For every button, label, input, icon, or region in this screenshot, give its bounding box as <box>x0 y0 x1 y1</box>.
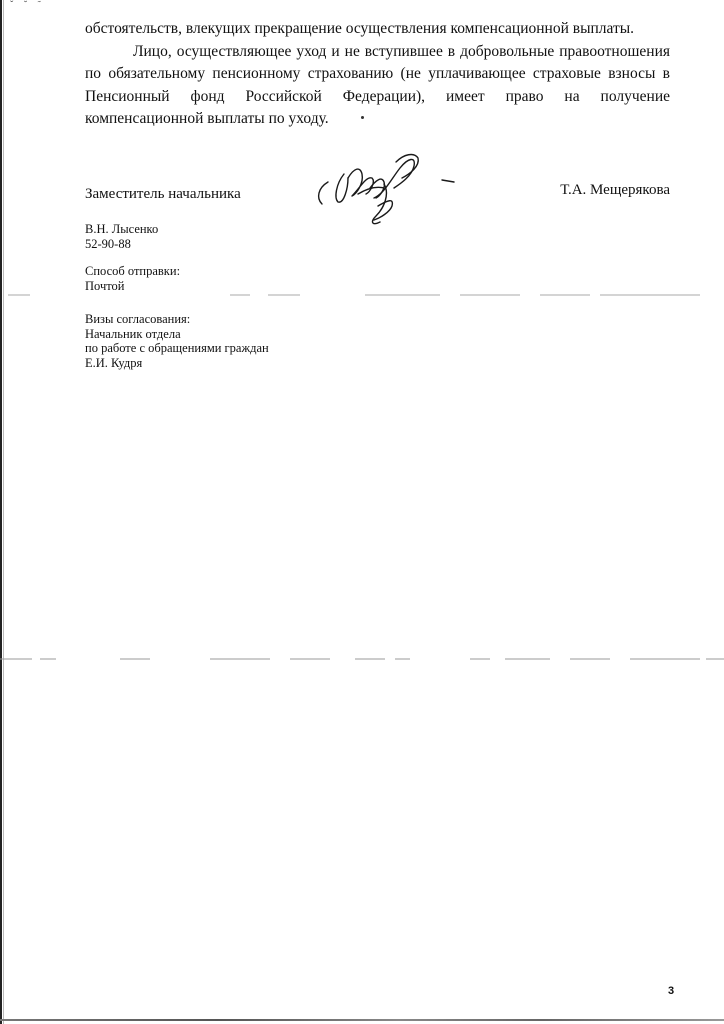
approvals-block: Визы согласования: Начальник отдела по р… <box>85 312 269 370</box>
signatory-position: Заместитель начальника <box>85 186 241 203</box>
scan-bottom-edge <box>0 1019 724 1021</box>
approval-line: Е.И. Кудря <box>85 356 269 371</box>
scan-left-edge <box>0 0 2 1024</box>
scan-corner-marks: ˇ ˘ ˜ <box>10 0 45 11</box>
document-body: обстоятельств, влекущих прекращение осущ… <box>85 18 670 131</box>
paragraph-continued: обстоятельств, влекущих прекращение осущ… <box>85 18 670 41</box>
signatory-name: Т.А. Мещерякова <box>560 182 670 199</box>
approval-line: по работе с обращениями граждан <box>85 341 269 356</box>
handwritten-signature <box>314 148 464 228</box>
approvals-label: Визы согласования: <box>85 312 269 327</box>
scan-fold-line-middle <box>0 658 724 660</box>
scan-left-edge-shadow <box>3 0 4 1024</box>
executor-phone: 52-90-88 <box>85 237 158 252</box>
scan-speck <box>361 116 364 119</box>
approval-line: Начальник отдела <box>85 327 269 342</box>
executor-block: В.Н. Лысенко 52-90-88 <box>85 222 158 251</box>
executor-name: В.Н. Лысенко <box>85 222 158 237</box>
delivery-method: Почтой <box>85 279 180 294</box>
scan-fold-line-upper <box>0 294 724 296</box>
paragraph-right-to-compensation: Лицо, осуществляющее уход и не вступивше… <box>85 41 670 131</box>
delivery-label: Способ отправки: <box>85 264 180 279</box>
page-number: 3 <box>668 985 674 997</box>
delivery-block: Способ отправки: Почтой <box>85 264 180 293</box>
